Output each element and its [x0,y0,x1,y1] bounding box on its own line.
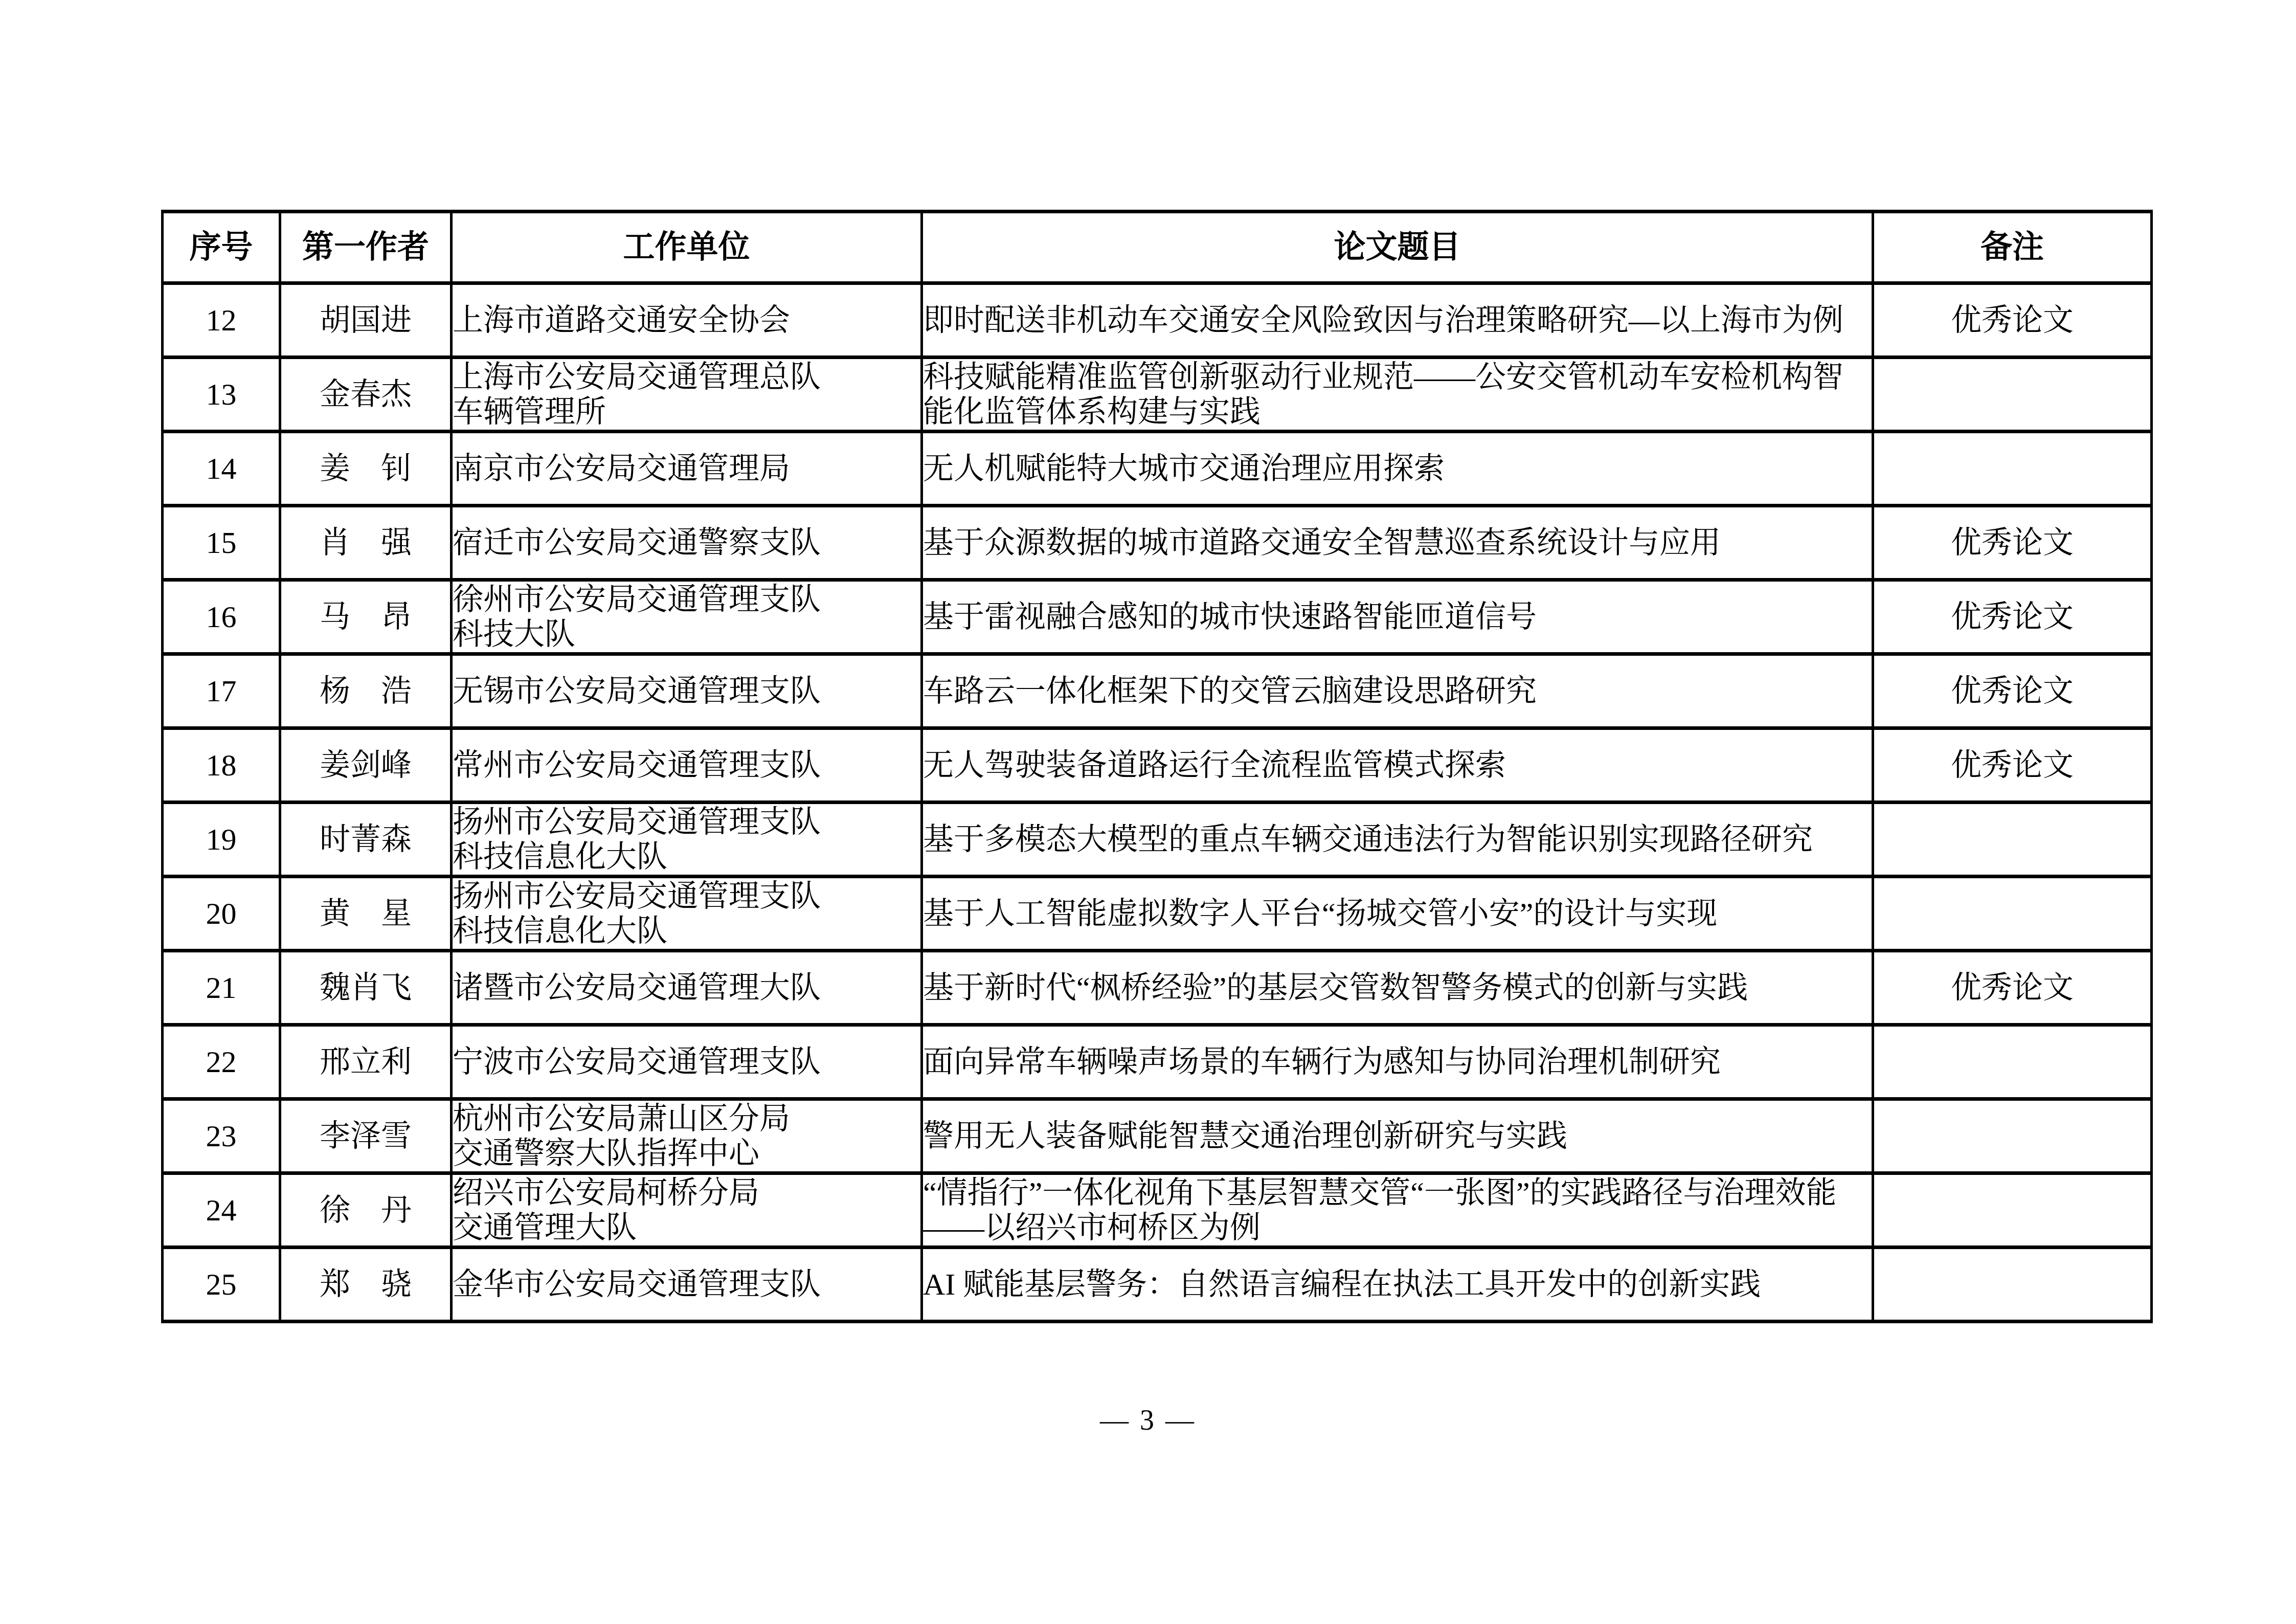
cell-paper-title: 基于众源数据的城市道路交通安全智慧巡查系统设计与应用 [922,506,1873,580]
cell-remark: 优秀论文 [1873,951,2152,1025]
table-row: 18 姜剑峰 常州市公安局交通管理支队 无人驾驶装备道路运行全流程监管模式探索 … [163,728,2152,803]
cell-first-author: 肖 强 [280,506,452,580]
table-row: 19 时菁森 扬州市公安局交通管理支队科技信息化大队 基于多模态大模型的重点车辆… [163,803,2152,877]
table-row: 25 郑 骁 金华市公安局交通管理支队 AI 赋能基层警务：自然语言编程在执法工… [163,1248,2152,1322]
cell-remark: 优秀论文 [1873,654,2152,728]
cell-paper-title: 无人驾驶装备道路运行全流程监管模式探索 [922,728,1873,803]
cell-work-unit: 诸暨市公安局交通管理大队 [452,951,922,1025]
cell-serial-no: 18 [163,728,280,803]
cell-serial-no: 14 [163,432,280,506]
table-row: 21 魏肖飞 诸暨市公安局交通管理大队 基于新时代“枫桥经验”的基层交管数智警务… [163,951,2152,1025]
cell-paper-title: 即时配送非机动车交通安全风险致因与治理策略研究—以上海市为例 [922,283,1873,358]
cell-serial-no: 15 [163,506,280,580]
cell-first-author: 姜剑峰 [280,728,452,803]
cell-work-unit: 上海市公安局交通管理总队车辆管理所 [452,358,922,432]
cell-work-unit: 常州市公安局交通管理支队 [452,728,922,803]
cell-remark [1873,803,2152,877]
table-row: 17 杨 浩 无锡市公安局交通管理支队 车路云一体化框架下的交管云脑建设思路研究… [163,654,2152,728]
cell-serial-no: 19 [163,803,280,877]
cell-serial-no: 13 [163,358,280,432]
table-row: 23 李泽雪 杭州市公安局萧山区分局交通警察大队指挥中心 警用无人装备赋能智慧交… [163,1099,2152,1173]
table-row: 24 徐 丹 绍兴市公安局柯桥分局交通管理大队 “情指行”一体化视角下基层智慧交… [163,1173,2152,1248]
cell-work-unit: 宿迁市公安局交通警察支队 [452,506,922,580]
cell-serial-no: 16 [163,580,280,654]
cell-work-unit: 杭州市公安局萧山区分局交通警察大队指挥中心 [452,1099,922,1173]
cell-remark [1873,1025,2152,1099]
cell-work-unit: 上海市道路交通安全协会 [452,283,922,358]
document-page: 序号 第一作者 工作单位 论文题目 备注 12 胡国进 上海市道路交通安全协会 … [0,0,2296,1624]
cell-serial-no: 22 [163,1025,280,1099]
cell-first-author: 郑 骁 [280,1248,452,1322]
cell-first-author: 邢立利 [280,1025,452,1099]
page-number: — 3 — [0,1404,2296,1437]
cell-first-author: 胡国进 [280,283,452,358]
cell-paper-title: 警用无人装备赋能智慧交通治理创新研究与实践 [922,1099,1873,1173]
paper-list-table: 序号 第一作者 工作单位 论文题目 备注 12 胡国进 上海市道路交通安全协会 … [161,210,2153,1323]
cell-first-author: 黄 星 [280,877,452,951]
cell-remark: 优秀论文 [1873,283,2152,358]
column-header-paper-title: 论文题目 [922,212,1873,283]
cell-work-unit: 南京市公安局交通管理局 [452,432,922,506]
table-row: 12 胡国进 上海市道路交通安全协会 即时配送非机动车交通安全风险致因与治理策略… [163,283,2152,358]
cell-serial-no: 25 [163,1248,280,1322]
table-row: 13 金春杰 上海市公安局交通管理总队车辆管理所 科技赋能精准监管创新驱动行业规… [163,358,2152,432]
cell-work-unit: 宁波市公安局交通管理支队 [452,1025,922,1099]
cell-remark [1873,1099,2152,1173]
cell-remark [1873,358,2152,432]
cell-paper-title: 基于多模态大模型的重点车辆交通违法行为智能识别实现路径研究 [922,803,1873,877]
cell-remark [1873,1173,2152,1248]
cell-paper-title: 科技赋能精准监管创新驱动行业规范——公安交管机动车安检机构智能化监管体系构建与实… [922,358,1873,432]
cell-remark [1873,877,2152,951]
table-row: 16 马 昂 徐州市公安局交通管理支队科技大队 基于雷视融合感知的城市快速路智能… [163,580,2152,654]
table-row: 15 肖 强 宿迁市公安局交通警察支队 基于众源数据的城市道路交通安全智慧巡查系… [163,506,2152,580]
column-header-remark: 备注 [1873,212,2152,283]
cell-serial-no: 17 [163,654,280,728]
cell-remark [1873,432,2152,506]
cell-paper-title: AI 赋能基层警务：自然语言编程在执法工具开发中的创新实践 [922,1248,1873,1322]
cell-remark: 优秀论文 [1873,728,2152,803]
cell-paper-title: 车路云一体化框架下的交管云脑建设思路研究 [922,654,1873,728]
cell-first-author: 马 昂 [280,580,452,654]
cell-remark: 优秀论文 [1873,580,2152,654]
table-row: 14 姜 钊 南京市公安局交通管理局 无人机赋能特大城市交通治理应用探索 [163,432,2152,506]
cell-serial-no: 24 [163,1173,280,1248]
cell-paper-title: 无人机赋能特大城市交通治理应用探索 [922,432,1873,506]
table-row: 22 邢立利 宁波市公安局交通管理支队 面向异常车辆噪声场景的车辆行为感知与协同… [163,1025,2152,1099]
cell-paper-title: 基于雷视融合感知的城市快速路智能匝道信号 [922,580,1873,654]
cell-first-author: 魏肖飞 [280,951,452,1025]
cell-first-author: 时菁森 [280,803,452,877]
cell-remark [1873,1248,2152,1322]
cell-serial-no: 23 [163,1099,280,1173]
cell-first-author: 姜 钊 [280,432,452,506]
cell-serial-no: 21 [163,951,280,1025]
cell-paper-title: 面向异常车辆噪声场景的车辆行为感知与协同治理机制研究 [922,1025,1873,1099]
cell-work-unit: 金华市公安局交通管理支队 [452,1248,922,1322]
cell-first-author: 徐 丹 [280,1173,452,1248]
column-header-serial-no: 序号 [163,212,280,283]
cell-first-author: 杨 浩 [280,654,452,728]
cell-serial-no: 12 [163,283,280,358]
table-row: 20 黄 星 扬州市公安局交通管理支队科技信息化大队 基于人工智能虚拟数字人平台… [163,877,2152,951]
cell-work-unit: 绍兴市公安局柯桥分局交通管理大队 [452,1173,922,1248]
cell-first-author: 李泽雪 [280,1099,452,1173]
cell-paper-title: 基于新时代“枫桥经验”的基层交管数智警务模式的创新与实践 [922,951,1873,1025]
cell-work-unit: 无锡市公安局交通管理支队 [452,654,922,728]
table-header-row: 序号 第一作者 工作单位 论文题目 备注 [163,212,2152,283]
cell-remark: 优秀论文 [1873,506,2152,580]
cell-work-unit: 徐州市公安局交通管理支队科技大队 [452,580,922,654]
cell-work-unit: 扬州市公安局交通管理支队科技信息化大队 [452,877,922,951]
cell-serial-no: 20 [163,877,280,951]
cell-paper-title: “情指行”一体化视角下基层智慧交管“一张图”的实践路径与治理效能——以绍兴市柯桥… [922,1173,1873,1248]
cell-paper-title: 基于人工智能虚拟数字人平台“扬城交管小安”的设计与实现 [922,877,1873,951]
cell-work-unit: 扬州市公安局交通管理支队科技信息化大队 [452,803,922,877]
column-header-first-author: 第一作者 [280,212,452,283]
column-header-work-unit: 工作单位 [452,212,922,283]
cell-first-author: 金春杰 [280,358,452,432]
